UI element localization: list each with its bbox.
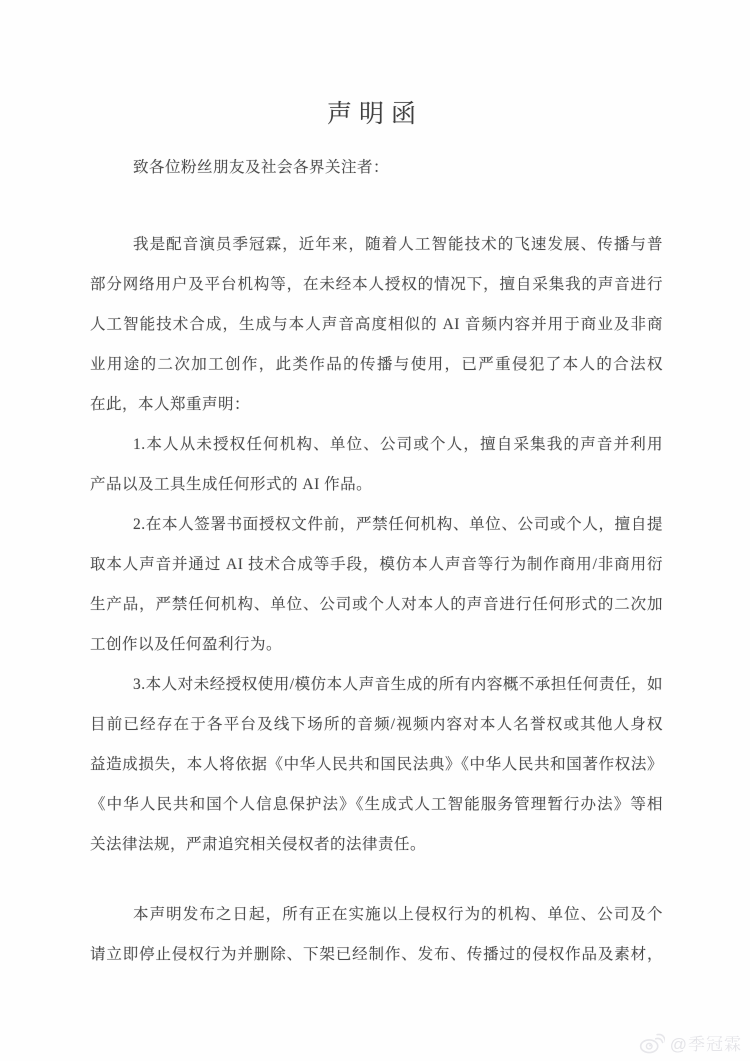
text-line: 《中华人民共和国个人信息保护法》《生成式人工智能服务管理暂行办法》等相: [90, 785, 663, 825]
paragraph: 2.在本人签署书面授权文件前，严禁任何机构、单位、公司或个人，擅自提取本人声音并…: [90, 505, 663, 665]
text-line: 1.本人从未授权任何机构、单位、公司或个人，擅自采集我的声音并利用 AI: [90, 425, 663, 465]
text-line: 部分网络用户及平台机构等，在未经本人授权的情况下，擅自采集我的声音进行: [90, 265, 663, 305]
weibo-icon: [639, 1031, 665, 1054]
watermark-text: @季冠霖: [670, 1030, 742, 1055]
text-line: 目前已经存在于各平台及线下场所的音频/视频内容对本人名誉权或其他人身权: [90, 705, 663, 745]
weibo-watermark: @季冠霖: [639, 1030, 742, 1055]
text-line: 请立即停止侵权行为并删除、下架已经制作、发布、传播过的侵权作品及素材，: [90, 935, 663, 975]
salutation-line: 致各位粉丝朋友及社会各界关注者：: [90, 148, 663, 188]
text-line: 我是配音演员季冠霖，近年来，随着人工智能技术的飞速发展、传播与普及，: [90, 225, 663, 265]
document-body: 我是配音演员季冠霖，近年来，随着人工智能技术的飞速发展、传播与普及，部分网络用户…: [90, 225, 663, 975]
text-line: 2.在本人签署书面授权文件前，严禁任何机构、单位、公司或个人，擅自提: [90, 505, 663, 545]
text-line: 取本人声音并通过 AI 技术合成等手段，模仿本人声音等行为制作商用/非商用衍: [90, 545, 663, 585]
text-line: 业用途的二次加工创作，此类作品的传播与使用，已严重侵犯了本人的合法权益。: [90, 345, 663, 385]
document-content: 致各位粉丝朋友及社会各界关注者： 我是配音演员季冠霖，近年来，随着人工智能技术的…: [90, 148, 663, 975]
text-line: 生产品，严禁任何机构、单位、公司或个人对本人的声音进行任何形式的二次加: [90, 585, 663, 625]
paragraph: 我是配音演员季冠霖，近年来，随着人工智能技术的飞速发展、传播与普及，部分网络用户…: [90, 225, 663, 425]
paragraph: 3.本人对未经授权使用/模仿本人声音生成的所有内容概不承担任何责任，如目前已经存…: [90, 665, 663, 865]
text-line: 关法律法规，严肃追究相关侵权者的法律责任。: [90, 825, 663, 865]
text-line: 产品以及工具生成任何形式的 AI 作品。: [90, 465, 663, 505]
text-line: 工创作以及任何盈利行为。: [90, 625, 663, 665]
text-line: 在此，本人郑重声明：: [90, 385, 663, 425]
document-title: 声明函: [0, 94, 750, 130]
text-line: 3.本人对未经授权使用/模仿本人声音生成的所有内容概不承担任何责任，如: [90, 665, 663, 705]
paragraph: 本声明发布之日起，所有正在实施以上侵权行为的机构、单位、公司及个人，请立即停止侵…: [90, 895, 663, 975]
text-line: 人工智能技术合成，生成与本人声音高度相似的 AI 音频内容并用于商业及非商: [90, 305, 663, 345]
text-line: 本声明发布之日起，所有正在实施以上侵权行为的机构、单位、公司及个人，: [90, 895, 663, 935]
statement-letter-page: 声明函 致各位粉丝朋友及社会各界关注者： 我是配音演员季冠霖，近年来，随着人工智…: [0, 0, 750, 1061]
text-line: 益造成损失，本人将依据《中华人民共和国民法典》《中华人民共和国著作权法》: [90, 745, 663, 785]
paragraph: 1.本人从未授权任何机构、单位、公司或个人，擅自采集我的声音并利用 AI产品以及…: [90, 425, 663, 505]
